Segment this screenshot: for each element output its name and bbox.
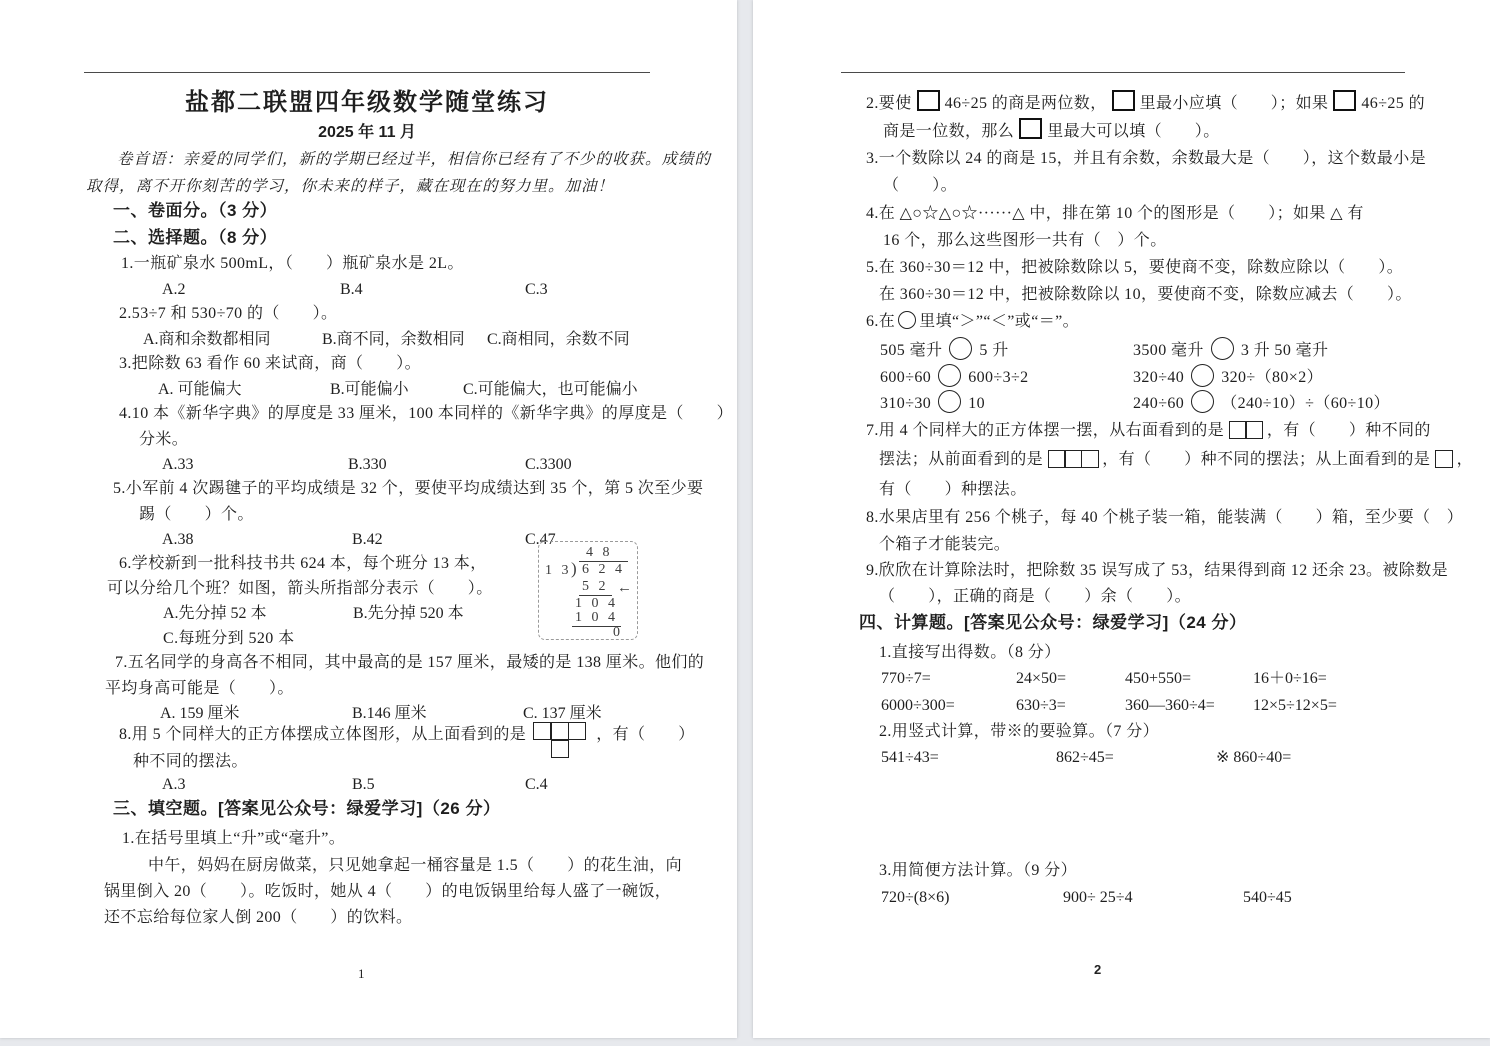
calc-item: 720÷(8×6) [881,885,949,910]
option-label: B.先分掉 520 本 [353,601,464,626]
question-line: 16 个，那么这些图形一共有（ ）个。 [883,228,1167,253]
question-line: （ ），正确的商是（ ）余（ ）。 [879,584,1191,609]
question-line: （ ）。 [883,173,957,198]
question-line: 2.用竖式计算，带※的要验算。（7 分） [879,719,1159,744]
question-text: 商是一位数，那么 [883,123,1014,140]
page-top-rule [841,72,1405,73]
option-label: C.商相同，余数不同 [487,327,630,352]
question-line: 1.一瓶矿泉水 500mL，（ ）瓶矿泉水是 2L。 [121,251,464,276]
question-line: 2.53÷7 和 530÷70 的（ ）。 [119,301,337,326]
page-1: 盐都二联盟四年级数学随堂练习 2025 年 11 月 卷首语：亲爱的同学们，新的… [0,0,737,1038]
page-number: 1 [358,966,365,982]
question-text: 46÷25 的商是两位数， [945,95,1107,112]
option-label: B.可能偏小 [330,377,409,402]
question-text: ， [1457,451,1473,468]
long-division-figure: 4 8 1 3 ) 6 2 4 5 2 ← 1 0 4 1 0 4 0 [538,541,638,640]
compare-left: 310÷30 [880,395,931,412]
division-divisor: 1 3 [545,564,572,578]
option-label: A. 可能偏大 [158,377,242,402]
question-line: 平均身高可能是（ ）。 [105,676,294,701]
compare-circle-icon [1191,364,1214,387]
compare-circle-icon [938,390,961,413]
question-line: 5.在 360÷30＝12 中，把被除数除以 5，要使商不变，除数应除以（ ）。 [866,255,1403,280]
compare-right: 10 [968,395,985,412]
calc-item: ※ 860÷40= [1216,745,1291,770]
option-label: B.5 [352,772,375,797]
calc-item: 450+550= [1125,666,1191,691]
question-line: 8.用 5 个同样大的正方体摆成立体图形，从上面看到的是，有（ ） [119,722,695,747]
question-text: 7.用 4 个同样大的正方体摆一摆，从右面看到的是 [866,422,1224,439]
option-row: A.3 B.5 C.4 [0,772,737,797]
question-text: ，有（ ）种不同的 [1267,422,1431,439]
option-label: A.3 [162,772,186,797]
option-label: A.商和余数都相同 [143,327,271,352]
question-line: 摆法；从前面看到的是，有（ ）种不同的摆法；从上面看到的是， [879,447,1473,481]
calc-item: 541÷43= [881,745,939,770]
option-label: A.先分掉 52 本 [163,601,267,626]
compare-right: 600÷3÷2 [968,369,1028,386]
question-line: 2.要使46÷25 的商是两位数，里最小应填（ ）；如果46÷25 的 [866,90,1425,116]
calc-row: 720÷(8×6) 900÷ 25÷4 540÷45 [753,885,1490,910]
exam-date: 2025 年 11 月 [84,119,650,142]
calc-item: 630÷3= [1016,693,1066,718]
question-text: 里最大可以填（ ）。 [1047,123,1219,140]
section-heading-1: 一、卷面分。（3 分） [113,198,277,223]
option-label: B.商不同，余数相同 [322,327,465,352]
calc-item: 360—360÷4= [1125,693,1215,718]
preamble-line: 取得，离不开你刻苦的学习，你未来的样子，藏在现在的努力里。加油！ [86,174,614,199]
calc-item: 6000÷300= [881,693,955,718]
t-shape-figure [533,722,589,742]
compare-row: 240÷60（240÷10）÷（60÷10） [1133,390,1390,416]
section-heading-2: 二、选择题。（8 分） [113,225,277,250]
question-line: 8.水果店里有 256 个桃子，每 40 个桃子装一箱，能装满（ ）箱，至少要（… [866,505,1463,530]
question-text: 摆法；从前面看到的是 [879,451,1043,468]
question-line: 个箱子才能装完。 [879,532,1010,557]
compare-circle-icon [898,311,916,329]
question-line: 可以分给几个班？如图，箭头所指部分表示（ ）。 [107,576,493,601]
option-label: B.4 [340,277,363,302]
compare-right: 3 升 50 毫升 [1241,342,1329,359]
question-line: 中午，妈妈在厨房做菜，只见她拿起一桶容量是 1.5（ ）的花生油，向 [148,853,682,878]
division-bracket: ) [571,562,577,576]
option-label: C.可能偏大，也可能偏小 [463,377,638,402]
compare-row: 505 毫升5 升 [880,337,1009,363]
calc-row: 770÷7= 24×50= 450+550= 16＋0÷16= [753,666,1490,691]
page-2: 2.要使46÷25 的商是两位数，里最小应填（ ）；如果46÷25 的 商是一位… [753,0,1490,1038]
calc-item: 900÷ 25÷4 [1063,885,1133,910]
question-line: 3.一个数除以 24 的商是 15，并且有余数，余数最大是（ ），这个数最小是 [866,146,1426,171]
compare-row: 3500 毫升3 升 50 毫升 [1133,337,1328,363]
option-row: A.33 B.330 C.3300 [0,452,737,477]
calc-item: 770÷7= [881,666,931,691]
question-line: 3.用简便方法计算。（9 分） [879,858,1077,883]
question-line: 1.直接写出得数。（8 分） [879,640,1061,665]
option-row: A.2 B.4 C.3 [0,277,737,302]
question-line: 7.五名同学的身高各不相同，其中最高的是 157 厘米，最矮的是 138 厘米。… [115,650,704,675]
option-label: C.3300 [525,452,572,477]
question-line: 6.学校新到一批科技书共 624 本，每个班分 13 本， [119,551,487,576]
compare-circle-icon [938,364,961,387]
compare-circle-icon [949,337,972,360]
page-top-rule [84,72,650,73]
calc-item: 16＋0÷16= [1253,666,1327,691]
question-text: 2.要使 [866,95,912,112]
question-text: ，有（ ）种不同的摆法；从上面看到的是 [1102,451,1430,468]
blank-square-figure [1333,90,1356,111]
question-line: 9.欣欣在计算除法时，把除数 35 误写成了 53，结果得到商 12 还余 23… [866,558,1448,583]
question-line: 在 360÷30＝12 中，把被除数除以 10，要使商不变，除数应减去（ ）。 [879,282,1412,307]
option-row: A.商和余数都相同 B.商不同，余数相同 C.商相同，余数不同 [0,327,737,352]
compare-left: 3500 毫升 [1133,342,1204,359]
exam-title: 盐都二联盟四年级数学随堂练习 [84,82,650,117]
compare-right: 5 升 [979,342,1008,359]
preamble-line: 卷首语：亲爱的同学们，新的学期已经过半，相信你已经有了不少的收获。成绩的 [117,147,711,172]
division-step: 5 2 [579,580,612,596]
calc-item: 540÷45 [1243,885,1292,910]
calc-item: 24×50= [1016,666,1066,691]
compare-row: 320÷40320÷（80×2） [1133,364,1323,390]
option-row: A. 可能偏大 B.可能偏小 C.可能偏大，也可能偏小 [0,377,737,402]
division-quotient: 4 8 [586,546,613,560]
compare-right: 320÷（80×2） [1221,369,1323,386]
option-label: C.3 [525,277,548,302]
blank-square-figure [1019,118,1042,139]
blank-square-figure [917,90,940,111]
question-line: 踢（ ）个。 [139,502,254,527]
question-line: 分米。 [139,427,188,452]
compare-left: 600÷60 [880,369,931,386]
blank-square-figure [1112,90,1135,111]
single-square-figure [1435,450,1451,481]
question-line: 有（ ）种摆法。 [879,477,1027,502]
option-label: C.4 [525,772,548,797]
question-line: 1.在括号里填上“升”或“毫升”。 [122,826,345,851]
compare-circle-icon [1191,390,1214,413]
question-line: 商是一位数，那么里最大可以填（ ）。 [883,118,1220,144]
compare-row: 310÷3010 [880,390,985,416]
question-line: 4.10 本《新华字典》的厚度是 33 厘米，100 本同样的《新华字典》的厚度… [119,401,733,426]
compare-row: 600÷60600÷3÷2 [880,364,1029,390]
question-line: 锅里倒入 20（ ）。吃饭时，她从 4（ ）的电饭锅里给每人盛了一碗饭， [104,879,671,904]
question-text: ，有（ ） [596,726,694,743]
compare-right: （240÷10）÷（60÷10） [1221,395,1390,412]
question-line: 还不忘给每位家人倒 200（ ）的饮料。 [104,905,412,930]
compare-left: 505 毫升 [880,342,942,359]
division-step: 1 0 4 [575,597,618,611]
option-label: B.42 [352,527,383,552]
calc-item: 12×5÷12×5= [1253,693,1337,718]
compare-circle-icon [1211,337,1234,360]
question-text: 6.在 [866,313,895,330]
page-divider [737,0,753,1046]
option-label: A.2 [162,277,186,302]
question-text: 8.用 5 个同样大的正方体摆成立体图形，从上面看到的是 [119,726,526,743]
left-arrow-icon: ← [617,580,632,597]
question-line: 5.小军前 4 次踢毽子的平均成绩是 32 个，要使平均成绩达到 35 个，第 … [113,476,703,501]
compare-left: 240÷60 [1133,395,1184,412]
option-label: A.38 [162,527,194,552]
section-heading-4: 四、计算题。[答案见公众号：绿爱学习]（24 分） [859,610,1246,635]
option-label: B.330 [348,452,387,477]
option-label: C.每班分到 520 本 [163,626,294,651]
page-number: 2 [1094,962,1101,977]
question-text: 里最小应填（ ）；如果 [1140,95,1329,112]
calc-item: 862÷45= [1056,745,1114,770]
question-line: 3.把除数 63 看作 60 来试商，商（ ）。 [119,351,421,376]
question-line: 种不同的摆法。 [133,749,248,774]
question-line: 6.在里填“＞”“＜”或“＝”。 [866,309,1079,334]
compare-left: 320÷40 [1133,369,1184,386]
option-label: A.33 [162,452,194,477]
division-remainder: 0 [613,626,623,640]
division-dividend: 6 2 4 [579,561,628,577]
question-text: 46÷25 的 [1361,95,1425,112]
calc-row: 6000÷300= 630÷3= 360—360÷4= 12×5÷12×5= [753,693,1490,718]
calc-row: 541÷43= 862÷45= ※ 860÷40= [753,745,1490,770]
three-square-figure [1048,450,1097,481]
section-heading-3: 三、填空题。[答案见公众号：绿爱学习]（26 分） [113,796,500,821]
question-text: 里填“＞”“＜”或“＝”。 [919,313,1079,330]
question-line: 4.在 △○☆△○☆······△ 中，排在第 10 个的图形是（ ）；如果 △… [866,201,1364,226]
